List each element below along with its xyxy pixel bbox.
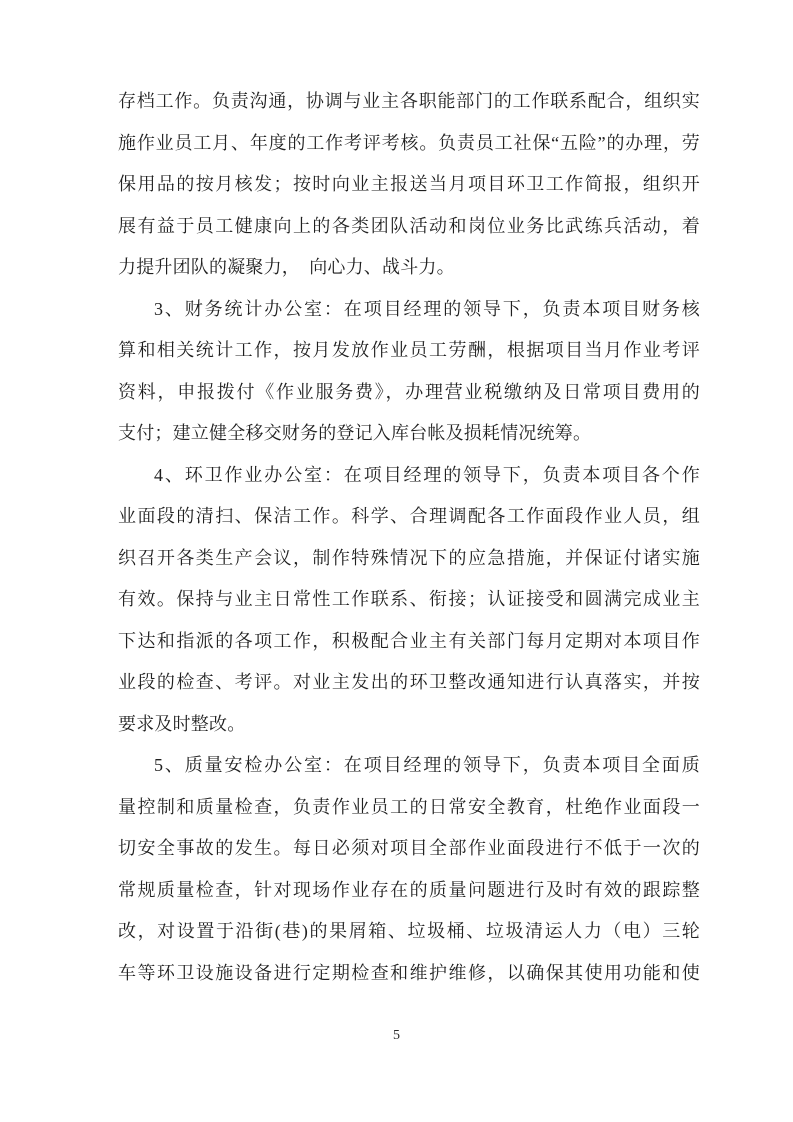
text-line: 资料，申报拨付《作业服务费》，办理营业税缴纳及日常项目费用的 (118, 372, 700, 414)
text-line: 展有益于员工健康向上的各类团队活动和岗位业务比武练兵活动，着 (118, 206, 700, 248)
text-line: 业段的检查、考评。对业主发出的环卫整改通知进行认真落实，并按 (118, 662, 700, 704)
text-line: 织召开各类生产会议，制作特殊情况下的应急措施，并保证付诸实施 (118, 538, 700, 580)
text-line: 车等环卫设施设备进行定期检查和维护维修，以确保其使用功能和使 (118, 953, 700, 995)
text-line: 5、质量安检办公室：在项目经理的领导下，负责本项目全面质 (118, 745, 700, 787)
paragraph: 5、质量安检办公室：在项目经理的领导下，负责本项目全面质量控制和质量检查，负责作… (118, 745, 700, 994)
text-line: 力提升团队的凝聚力， 向心力、战斗力。 (118, 247, 700, 289)
text-line: 支付；建立健全移交财务的登记入库台帐及损耗情况统筹。 (118, 413, 700, 455)
paragraph: 存档工作。负责沟通，协调与业主各职能部门的工作联系配合，组织实施作业员工月、年度… (118, 81, 700, 289)
text-line: 算和相关统计工作，按月发放作业员工劳酬，根据项目当月作业考评 (118, 330, 700, 372)
text-line: 有效。保持与业主日常性工作联系、衔接；认证接受和圆满完成业主 (118, 579, 700, 621)
text-line: 下达和指派的各项工作，积极配合业主有关部门每月定期对本项目作 (118, 621, 700, 663)
text-line: 业面段的清扫、保洁工作。科学、合理调配各工作面段作业人员，组 (118, 496, 700, 538)
text-line: 切安全事故的发生。每日必须对项目全部作业面段进行不低于一次的 (118, 828, 700, 870)
document-page: 存档工作。负责沟通，协调与业主各职能部门的工作联系配合，组织实施作业员工月、年度… (0, 0, 793, 1122)
document-body: 存档工作。负责沟通，协调与业主各职能部门的工作联系配合，组织实施作业员工月、年度… (118, 81, 700, 994)
text-line: 保用品的按月核发；按时向业主报送当月项目环卫工作简报，组织开 (118, 164, 700, 206)
text-line: 要求及时整改。 (118, 704, 700, 746)
text-line: 3、财务统计办公室：在项目经理的领导下，负责本项目财务核 (118, 289, 700, 331)
text-line: 量控制和质量检查，负责作业员工的日常安全教育，杜绝作业面段一 (118, 787, 700, 829)
text-line: 改，对设置于沿街(巷)的果屑箱、垃圾桶、垃圾清运人力（电）三轮 (118, 911, 700, 953)
text-line: 4、环卫作业办公室：在项目经理的领导下，负责本项目各个作 (118, 455, 700, 497)
text-line: 施作业员工月、年度的工作考评考核。负责员工社保“五险”的办理，劳 (118, 123, 700, 165)
paragraph: 4、环卫作业办公室：在项目经理的领导下，负责本项目各个作业面段的清扫、保洁工作。… (118, 455, 700, 746)
text-line: 常规质量检查，针对现场作业存在的质量问题进行及时有效的跟踪整 (118, 870, 700, 912)
text-line: 存档工作。负责沟通，协调与业主各职能部门的工作联系配合，组织实 (118, 81, 700, 123)
paragraph: 3、财务统计办公室：在项目经理的领导下，负责本项目财务核算和相关统计工作，按月发… (118, 289, 700, 455)
page-number: 5 (0, 1028, 793, 1044)
